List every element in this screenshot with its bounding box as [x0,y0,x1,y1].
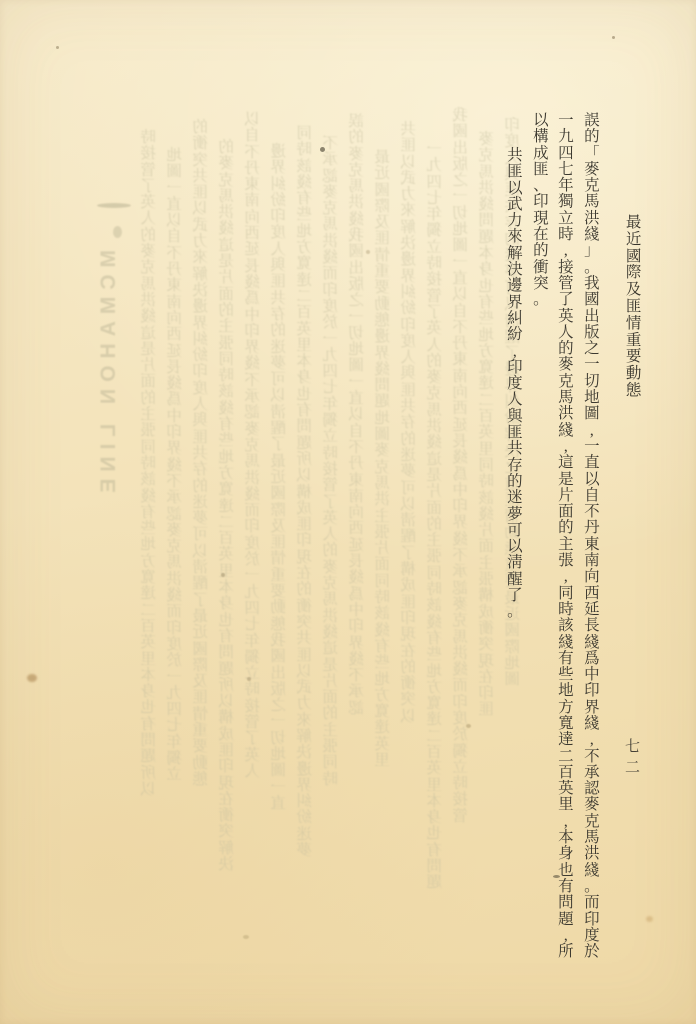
glyph: 英 [374,737,390,753]
glyph: 該 [374,606,390,622]
glyph: 張 [558,553,574,569]
glyph: 克 [218,173,234,189]
glyph: 決 [296,745,312,761]
glyph: 主 [426,533,442,549]
glyph: 管 [244,715,260,731]
glyph: 些 [478,311,494,327]
glyph: 人 [400,350,416,366]
glyph: 些 [374,655,390,671]
glyph: 不 [584,504,600,520]
glyph: , [558,439,574,455]
paper-stain [113,226,122,238]
glyph: 淸 [400,513,416,529]
glyph: 西 [166,327,182,343]
glyph: 紛 [296,810,312,826]
glyph: 也 [218,613,234,629]
glyph: 麥 [584,162,600,178]
glyph: 迷 [296,827,312,843]
glyph: 綫 [558,635,574,651]
glyph: 不 [452,548,468,564]
glyph: 面 [374,557,390,573]
glyph: 立 [244,666,260,682]
glyph: 東 [452,352,468,368]
glyph: 出 [348,261,364,277]
glyph: 度 [507,376,523,392]
glyph: 該 [426,598,442,614]
body-text-column: 以構成匪、印現在的衝突。 [533,113,549,309]
glyph: 也 [426,826,442,842]
glyph: 也 [558,863,574,879]
glyph: 印 [478,686,494,702]
glyph: 現 [400,627,416,643]
glyph: 麥 [452,597,468,613]
glyph: 馬 [584,830,600,846]
glyph: 夢 [296,843,312,859]
glyph: 承 [244,389,260,405]
glyph: 衝 [478,621,494,637]
glyph: 匪 [192,430,208,446]
bleedthrough-column: 共匪以武力來解決邊界糾紛印度人與匪共存的迷夢可以淸醒了構成匪印現在的衝突以 [400,122,416,725]
glyph: 張 [374,525,390,541]
glyph: 衝 [192,136,208,152]
glyph: 國 [270,649,286,665]
glyph: 印 [166,621,182,637]
glyph: 七 [558,162,574,178]
glyph: 淸 [192,560,208,576]
glyph: 一 [270,714,286,730]
glyph: 解 [192,267,208,283]
glyph: 片 [374,541,390,557]
glyph: 了 [426,305,442,321]
glyph: 也 [478,279,494,295]
glyph: 主 [478,556,494,572]
glyph: 在 [296,566,312,582]
glyph: 中 [244,308,260,324]
glyph: 綫 [452,450,468,466]
glyph: 管 [426,289,442,305]
glyph: 英 [558,309,574,325]
glyph: 地 [584,390,600,406]
glyph: 印 [584,912,600,928]
glyph: 綫 [348,570,364,586]
glyph: 些 [558,667,574,683]
glyph: 里 [140,652,156,668]
glyph: 馬 [218,189,234,205]
glyph: 所 [558,944,574,960]
glyph: 不 [166,246,182,262]
glyph: 出 [584,309,600,325]
glyph: 動 [625,366,642,383]
glyph: 該 [478,491,494,507]
glyph: 要 [625,349,642,366]
glyph: 共 [400,122,416,138]
glyph: 切 [270,731,286,747]
glyph: 圖 [348,358,364,374]
glyph: 直 [166,197,182,213]
glyph: 邊 [270,144,286,160]
glyph: 洪 [478,181,494,197]
glyph: 接 [426,272,442,288]
glyph: 獨 [558,194,574,210]
glyph: 克 [322,576,338,592]
glyph: 在 [533,227,549,243]
glyph: 馬 [322,217,338,233]
paper-stain [56,46,59,49]
glyph: 來 [296,713,312,729]
glyph: 綫 [322,250,338,266]
glyph: 九 [166,686,182,702]
glyph: 印 [400,318,416,334]
glyph: 決 [507,262,523,278]
glyph: 馬 [166,555,182,571]
glyph: , [558,928,574,944]
glyph: 中 [452,483,468,499]
glyph: 直 [584,455,600,471]
glyph: 有 [140,505,156,521]
glyph: 南 [166,295,182,311]
glyph: 麥 [348,147,364,163]
glyph: 一 [322,332,338,348]
glyph: 存 [192,462,208,478]
glyph: 綫 [584,716,600,732]
glyph: 存 [400,415,416,431]
glyph: 可 [400,481,416,497]
glyph: 版 [584,325,600,341]
glyph: 」 [584,243,600,259]
glyph: 人 [192,397,208,413]
glyph: 身 [218,596,234,612]
body-text-column: 共匪以武力來解決邊界糾紛,印度人與匪共存的迷夢可以淸醒了。 [507,148,523,621]
glyph: 些 [296,207,312,223]
glyph: 圖 [584,406,600,422]
glyph: 構 [400,562,416,578]
glyph: 衝 [400,676,416,692]
glyph: 印 [584,683,600,699]
glyph: 了 [400,546,416,562]
glyph: 爲 [166,392,182,408]
glyph: 以 [400,709,416,725]
glyph: 人 [244,764,260,780]
glyph: 有 [558,651,574,667]
glyph: 地 [504,656,520,672]
glyph: 延 [244,242,260,258]
glyph: 向 [348,505,364,521]
glyph: 洪 [426,419,442,435]
glyph: 二 [140,603,156,619]
glyph: 問 [296,419,312,435]
glyph: 方 [140,554,156,570]
glyph: 綫 [584,863,600,879]
glyph: 時 [558,602,574,618]
glyph: 匪 [478,702,494,718]
glyph: 近 [270,470,286,486]
paper-stain [243,935,249,939]
glyph: 時 [296,142,312,158]
glyph: 丹 [348,456,364,472]
glyph: 年 [244,634,260,650]
glyph: 二 [296,289,312,305]
glyph: 爲 [584,651,600,667]
glyph: 綫 [584,635,600,651]
glyph: 綫 [478,507,494,523]
bleedthrough-column: 邊界糾紛印度人與匪共存的迷夢可以淸醒了最近國際及匪情重要動態我國出版之一切地圖一… [270,144,286,812]
glyph: 之 [584,341,600,357]
glyph: 管 [322,478,338,494]
glyph: 國 [625,249,642,266]
glyph: 克 [374,460,390,476]
glyph: 地 [374,672,390,688]
glyph: 現 [478,654,494,670]
glyph: 該 [140,472,156,488]
glyph: 片 [140,358,156,374]
paper-stain [97,203,131,208]
glyph: 英 [426,321,442,337]
glyph: 印 [296,533,312,549]
glyph: 麥 [322,185,338,201]
bleedthrough-column: 誤的麥克馬洪綫我國出版之一切地圖一直以自不丹東南向西延長綫爲中印界綫不承認 [348,114,364,717]
glyph: 圖 [374,427,390,443]
glyph: 圖 [270,763,286,779]
glyph: 問 [140,733,156,749]
glyph: 的 [322,543,338,559]
glyph: 力 [296,696,312,712]
glyph: 夢 [400,464,416,480]
glyph: 的 [426,354,442,370]
glyph: 綫 [558,423,574,439]
glyph: 丹 [166,262,182,278]
glyph: 自 [348,424,364,440]
glyph: 印 [507,360,523,376]
glyph: 東 [348,473,364,489]
glyph: 同 [558,586,574,602]
glyph: 印 [400,611,416,627]
glyph: 題 [218,662,234,678]
glyph: 共 [192,169,208,185]
glyph: 武 [296,680,312,696]
glyph: 時 [426,256,442,272]
glyph: 這 [426,452,442,468]
glyph: 以 [296,664,312,680]
glyph: 不 [322,136,338,152]
glyph: , [584,732,600,748]
glyph: 中 [348,603,364,619]
glyph: 邊 [374,329,390,345]
body-text-column: 一九四七年獨立時,接管了英人的麥克馬洪綫,這是片面的主張,同時該綫有些地方寬達二… [558,113,574,960]
glyph: 直 [452,271,468,287]
glyph: 馬 [558,390,574,406]
glyph: 面 [478,539,494,555]
glyph: 地 [374,411,390,427]
glyph: 張 [478,572,494,588]
bleedthrough-column: 不承認麥克馬洪綫而印度於一九四七年獨立時接管了英人的麥克馬洪綫這是片面的主張同時 [322,136,338,788]
glyph: 的 [140,228,156,244]
glyph: 洪 [244,471,260,487]
glyph: 而 [244,503,260,519]
glyph: 的 [140,391,156,407]
glyph: 有 [478,295,494,311]
glyph: 綫 [218,221,234,237]
glyph: 直 [348,391,364,407]
glyph: 匪 [218,743,234,759]
glyph: 迷 [270,340,286,356]
glyph: 綫 [348,652,364,668]
glyph: 圖 [504,672,520,688]
glyph: 問 [426,859,442,875]
glyph: 寬 [296,256,312,272]
glyph: 丹 [584,520,600,536]
glyph: 印 [322,283,338,299]
glyph: 出 [270,666,286,682]
glyph: 解 [507,246,523,262]
glyph: 來 [507,229,523,245]
glyph: 匪 [192,185,208,201]
glyph: 的 [192,120,208,136]
glyph: 獨 [452,744,468,760]
glyph: 題 [140,749,156,765]
glyph: 片 [426,484,442,500]
glyph: 所 [140,766,156,782]
glyph: 些 [426,647,442,663]
glyph: 里 [218,564,234,580]
glyph: 印 [244,324,260,340]
glyph: 印 [452,695,468,711]
glyph: 英 [478,425,494,441]
glyph: 達 [558,732,574,748]
glyph: 認 [322,169,338,185]
glyph: 直 [270,796,286,812]
glyph: 綫 [244,275,260,291]
glyph: 以 [400,497,416,513]
glyph: 界 [348,636,364,652]
glyph: 衝 [296,599,312,615]
glyph: 國 [348,244,364,260]
glyph: 解 [218,841,234,857]
glyph: 於 [584,944,600,960]
glyph: 。 [584,879,600,895]
glyph: 的 [426,517,442,533]
glyph: 決 [192,283,208,299]
glyph: 四 [244,601,260,617]
glyph: 克 [348,163,364,179]
glyph: 四 [558,146,574,162]
glyph: 一 [584,357,600,373]
glyph: 百 [558,765,574,781]
glyph: 地 [348,342,364,358]
glyph: 了 [192,593,208,609]
glyph: 接 [452,792,468,808]
glyph: 方 [478,344,494,360]
glyph: 醒 [270,421,286,437]
glyph: 地 [166,148,182,164]
glyph: 的 [348,130,364,146]
glyph: 以 [584,472,600,488]
glyph: 面 [322,690,338,706]
glyph: 寬 [218,482,234,498]
glyph: 四 [322,364,338,380]
glyph: 版 [452,157,468,173]
glyph: 達 [296,273,312,289]
glyph: 的 [218,140,234,156]
glyph: 方 [558,700,574,716]
glyph: 主 [374,509,390,525]
bleedthrough-column: 時接管了英人的麥克馬洪綫這是片面的主張同時該綫有些地方寬達二百英里本身也有問題所… [140,130,156,798]
glyph: 認 [348,701,364,717]
glyph: 存 [507,458,523,474]
glyph: 接 [322,462,338,478]
glyph: 一 [166,181,182,197]
glyph: 年 [166,735,182,751]
glyph: 界 [400,269,416,285]
glyph: 要 [374,280,390,296]
glyph: 動 [270,600,286,616]
glyph: 成 [478,605,494,621]
glyph: 寬 [558,716,574,732]
glyph: 以 [507,539,523,555]
paper-stain [646,916,653,922]
glyph: 立 [452,760,468,776]
glyph: 不 [244,145,260,161]
glyph: 有 [218,629,234,645]
glyph: 年 [322,397,338,413]
glyph: 同 [426,566,442,582]
glyph: 達 [478,376,494,392]
glyph: 成 [296,501,312,517]
glyph: 匪 [374,231,390,247]
glyph: 而 [166,604,182,620]
glyph: 百 [218,531,234,547]
glyph: 里 [558,797,574,813]
glyph: 是 [322,658,338,674]
glyph: 向 [166,311,182,327]
glyph: 認 [166,507,182,523]
glyph: 共 [296,631,312,647]
glyph: 夢 [192,511,208,527]
glyph: 同 [296,126,312,142]
glyph: 界 [296,778,312,794]
glyph: 的 [584,129,600,145]
glyph: 糾 [400,285,416,301]
glyph: 圖 [452,238,468,254]
glyph: 度 [244,536,260,552]
glyph: 的 [296,582,312,598]
glyph: 紛 [400,301,416,317]
glyph: 「 [584,146,600,162]
glyph: 界 [584,700,600,716]
glyph: 洪 [348,195,364,211]
glyph: 里 [478,442,494,458]
glyph: 的 [270,323,286,339]
bleedthrough-column: 同時該綫有些地方寬達二百英里本身也有問題所以構成匪印現在的衝突共匪以武力來解決邊… [296,126,312,859]
glyph: 綫 [452,662,468,678]
glyph: 管 [140,163,156,179]
glyph: 印 [533,194,549,210]
glyph: 現 [533,211,549,227]
glyph: 國 [584,292,600,308]
glyph: 地 [296,224,312,240]
glyph: 獨 [244,650,260,666]
glyph: 切 [348,326,364,342]
glyph: 不 [452,320,468,336]
glyph: 馬 [374,476,390,492]
glyph: 主 [140,407,156,423]
glyph: 匪 [400,383,416,399]
glyph: 了 [140,179,156,195]
glyph: 地 [140,537,156,553]
glyph: 延 [348,538,364,554]
glyph: 有 [218,417,234,433]
glyph: 長 [348,554,364,570]
glyph: 及 [270,519,286,535]
